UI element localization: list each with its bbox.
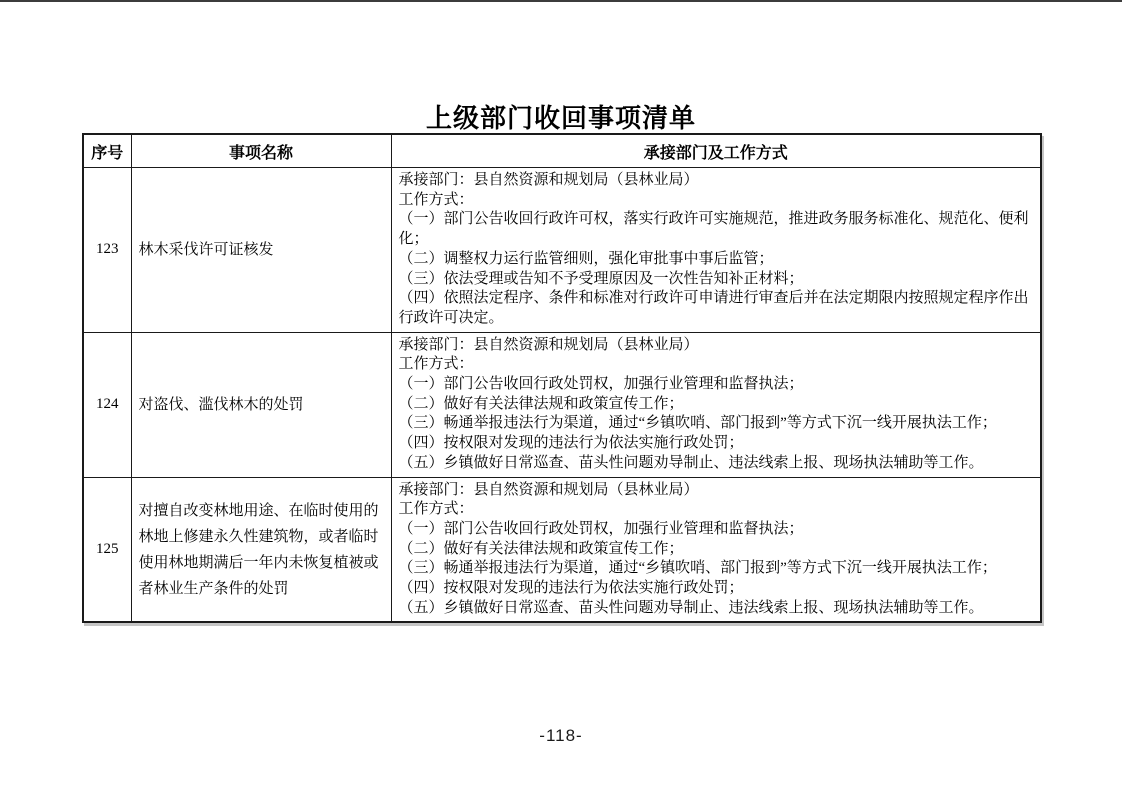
detail-line: （四）依照法定程序、条件和标准对行政许可申请进行审查后并在法定期限内按照规定程序… bbox=[399, 289, 1035, 328]
item-name: 对擅自改变林地用途、在临时使用的林地上修建永久性建筑物，或者临时使用林地期满后一… bbox=[131, 477, 391, 622]
detail-line: 承接部门：县自然资源和规划局（县林业局） bbox=[399, 481, 1035, 501]
detail-line: 工作方式： bbox=[399, 500, 1035, 520]
detail-line: （二）调整权力运行监管细则，强化审批事中事后监管； bbox=[399, 250, 1035, 270]
item-department-and-method: 承接部门：县自然资源和规划局（县林业局）工作方式：（一）部门公告收回行政许可权，… bbox=[391, 168, 1041, 333]
item-serial-number: 123 bbox=[83, 168, 131, 333]
page-title: 上级部门收回事项清单 bbox=[0, 98, 1122, 135]
detail-line: （一）部门公告收回行政处罚权，加强行业管理和监督执法； bbox=[399, 375, 1035, 395]
table-row: 124对盗伐、滥伐林木的处罚承接部门：县自然资源和规划局（县林业局）工作方式：（… bbox=[83, 332, 1041, 477]
detail-line: 承接部门：县自然资源和规划局（县林业局） bbox=[399, 336, 1035, 356]
table-body: 123林木采伐许可证核发承接部门：县自然资源和规划局（县林业局）工作方式：（一）… bbox=[83, 168, 1041, 623]
detail-line: （五）乡镇做好日常巡查、苗头性问题劝导制止、违法线索上报、现场执法辅助等工作。 bbox=[399, 454, 1035, 474]
scan-edge-line bbox=[0, 0, 1122, 2]
column-header-serial-number: 序号 bbox=[83, 134, 131, 168]
item-name: 对盗伐、滥伐林木的处罚 bbox=[131, 332, 391, 477]
detail-line: 工作方式： bbox=[399, 191, 1035, 211]
table-header-row: 序号 事项名称 承接部门及工作方式 bbox=[83, 134, 1041, 168]
column-header-department-and-method: 承接部门及工作方式 bbox=[391, 134, 1041, 168]
item-serial-number: 124 bbox=[83, 332, 131, 477]
detail-line: 承接部门：县自然资源和规划局（县林业局） bbox=[399, 171, 1035, 191]
item-name: 林木采伐许可证核发 bbox=[131, 168, 391, 333]
item-serial-number: 125 bbox=[83, 477, 131, 622]
reclaimed-items-table: 序号 事项名称 承接部门及工作方式 123林木采伐许可证核发承接部门：县自然资源… bbox=[82, 133, 1042, 623]
detail-line: （三）依法受理或告知不予受理原因及一次性告知补正材料； bbox=[399, 270, 1035, 290]
detail-line: （一）部门公告收回行政许可权，落实行政许可实施规范，推进政务服务标准化、规范化、… bbox=[399, 210, 1035, 249]
detail-line: （二）做好有关法律法规和政策宣传工作； bbox=[399, 395, 1035, 415]
column-header-item-name: 事项名称 bbox=[131, 134, 391, 168]
detail-line: （四）按权限对发现的违法行为依法实施行政处罚； bbox=[399, 579, 1035, 599]
detail-line: （四）按权限对发现的违法行为依法实施行政处罚； bbox=[399, 434, 1035, 454]
table-row: 123林木采伐许可证核发承接部门：县自然资源和规划局（县林业局）工作方式：（一）… bbox=[83, 168, 1041, 333]
detail-line: （三）畅通举报违法行为渠道，通过“乡镇吹哨、部门报到”等方式下沉一线开展执法工作… bbox=[399, 559, 1035, 579]
item-department-and-method: 承接部门：县自然资源和规划局（县林业局）工作方式：（一）部门公告收回行政处罚权，… bbox=[391, 477, 1041, 622]
page-number: -118- bbox=[0, 726, 1122, 746]
item-department-and-method: 承接部门：县自然资源和规划局（县林业局）工作方式：（一）部门公告收回行政处罚权，… bbox=[391, 332, 1041, 477]
detail-line: （二）做好有关法律法规和政策宣传工作； bbox=[399, 540, 1035, 560]
detail-line: （五）乡镇做好日常巡查、苗头性问题劝导制止、违法线索上报、现场执法辅助等工作。 bbox=[399, 599, 1035, 619]
detail-line: 工作方式： bbox=[399, 355, 1035, 375]
detail-line: （一）部门公告收回行政处罚权，加强行业管理和监督执法； bbox=[399, 520, 1035, 540]
detail-line: （三）畅通举报违法行为渠道，通过“乡镇吹哨、部门报到”等方式下沉一线开展执法工作… bbox=[399, 414, 1035, 434]
table-row: 125对擅自改变林地用途、在临时使用的林地上修建永久性建筑物，或者临时使用林地期… bbox=[83, 477, 1041, 622]
